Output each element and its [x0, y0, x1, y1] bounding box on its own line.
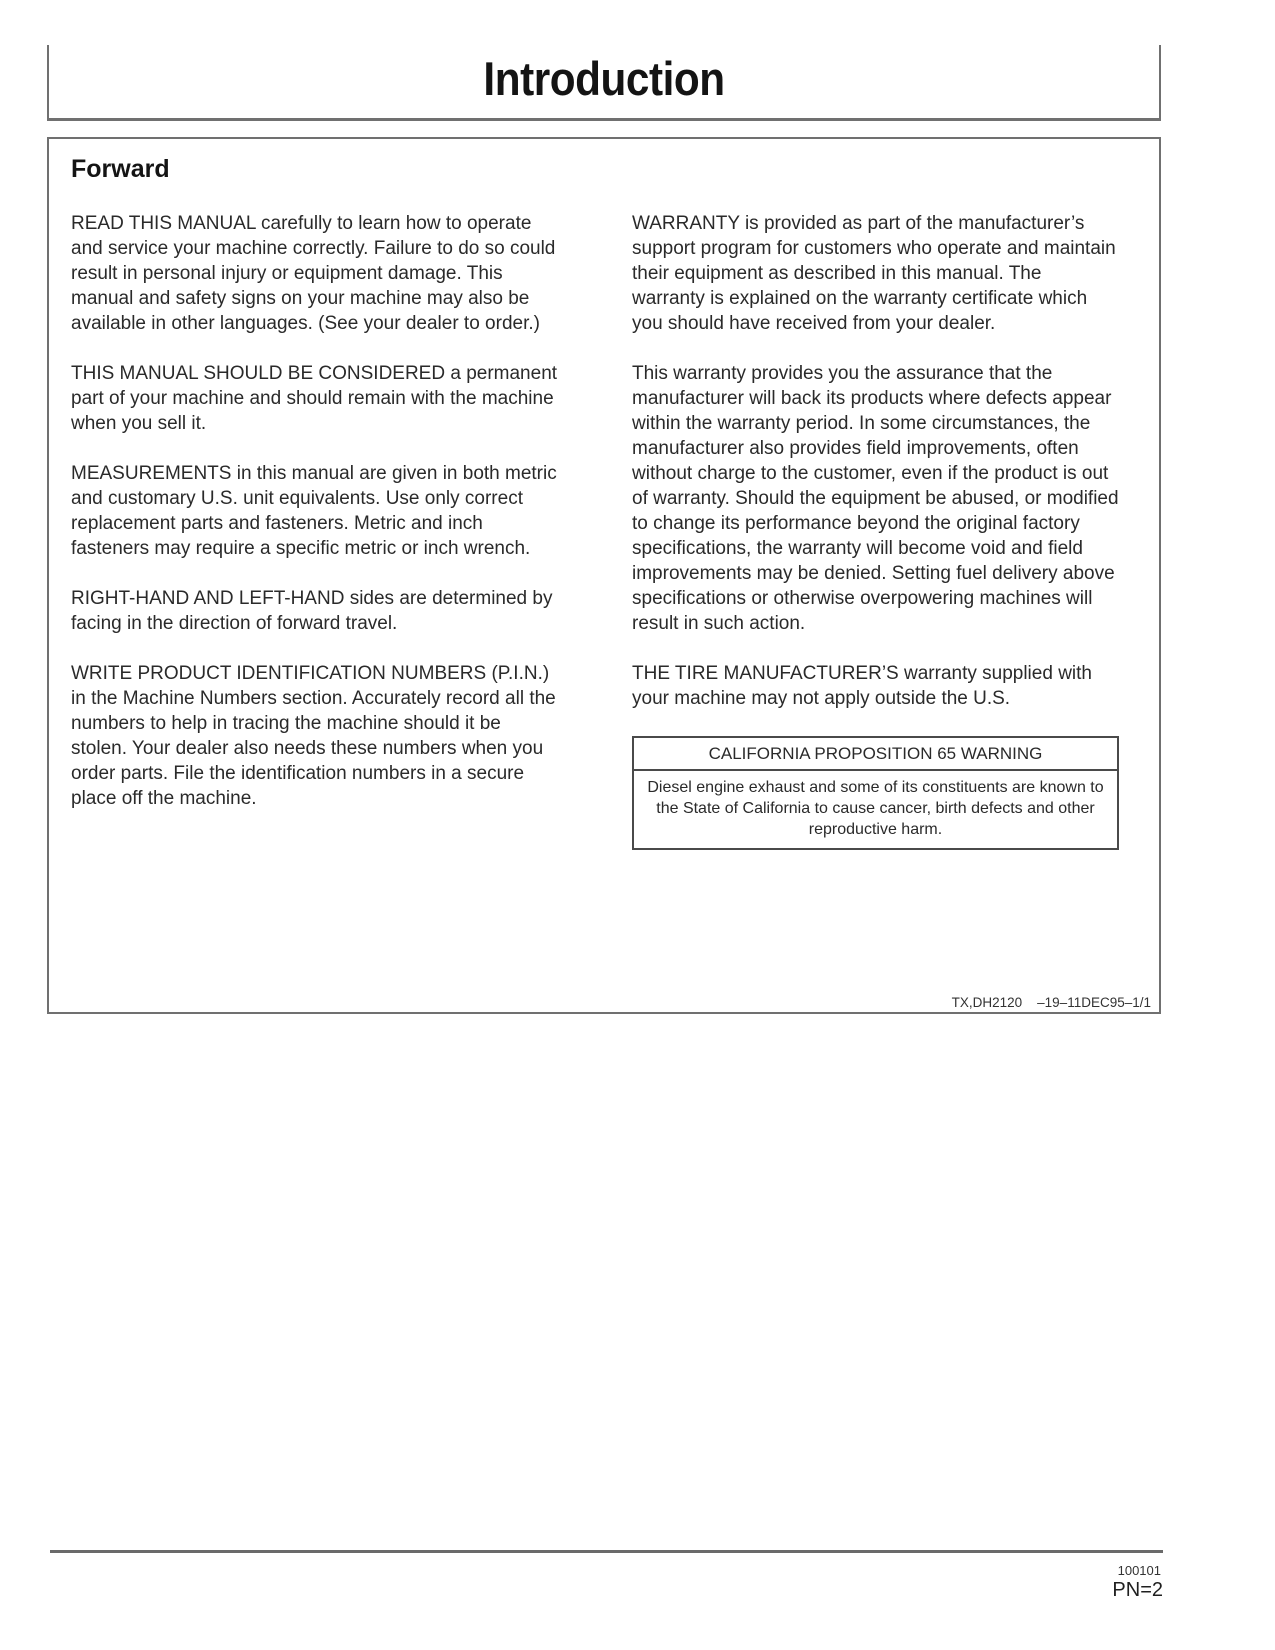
body-paragraph: This warranty provides you the assurance… [632, 361, 1119, 636]
content-section: Forward READ THIS MANUAL carefully to le… [47, 137, 1161, 1014]
body-paragraph: RIGHT-HAND AND LEFT-HAND sides are deter… [71, 586, 558, 636]
page-title: Introduction [483, 51, 724, 112]
page-number: PN=2 [1112, 1579, 1163, 1602]
section-heading: Forward [71, 155, 1119, 184]
doc-code-id: TX,DH2120 [952, 995, 1023, 1010]
body-paragraph: WARRANTY is provided as part of the manu… [632, 211, 1119, 336]
left-column: READ THIS MANUAL carefully to learn how … [71, 211, 558, 850]
manual-page: Introduction Forward READ THIS MANUAL ca… [0, 0, 1275, 1650]
page-header: Introduction [47, 45, 1161, 121]
body-paragraph: READ THIS MANUAL carefully to learn how … [71, 211, 558, 336]
body-paragraph: MEASUREMENTS in this manual are given in… [71, 461, 558, 561]
body-paragraph: THIS MANUAL SHOULD BE CONSIDERED a perma… [71, 361, 558, 436]
body-paragraph: THE TIRE MANUFACTURER’S warranty supplie… [632, 661, 1119, 711]
doc-code-ref: –19–11DEC95–1/1 [1037, 995, 1151, 1010]
warning-title: CALIFORNIA PROPOSITION 65 WARNING [634, 738, 1117, 771]
prop65-warning-box: CALIFORNIA PROPOSITION 65 WARNING Diesel… [632, 736, 1119, 850]
print-code: 100101 [1118, 1563, 1161, 1578]
warning-body: Diesel engine exhaust and some of its co… [634, 771, 1117, 848]
body-paragraph: WRITE PRODUCT IDENTIFICATION NUMBERS (P.… [71, 661, 558, 811]
footer-divider [50, 1550, 1163, 1553]
two-column-layout: READ THIS MANUAL carefully to learn how … [71, 211, 1119, 850]
right-column: WARRANTY is provided as part of the manu… [632, 211, 1119, 850]
document-code: TX,DH2120–19–11DEC95–1/1 [952, 995, 1151, 1010]
